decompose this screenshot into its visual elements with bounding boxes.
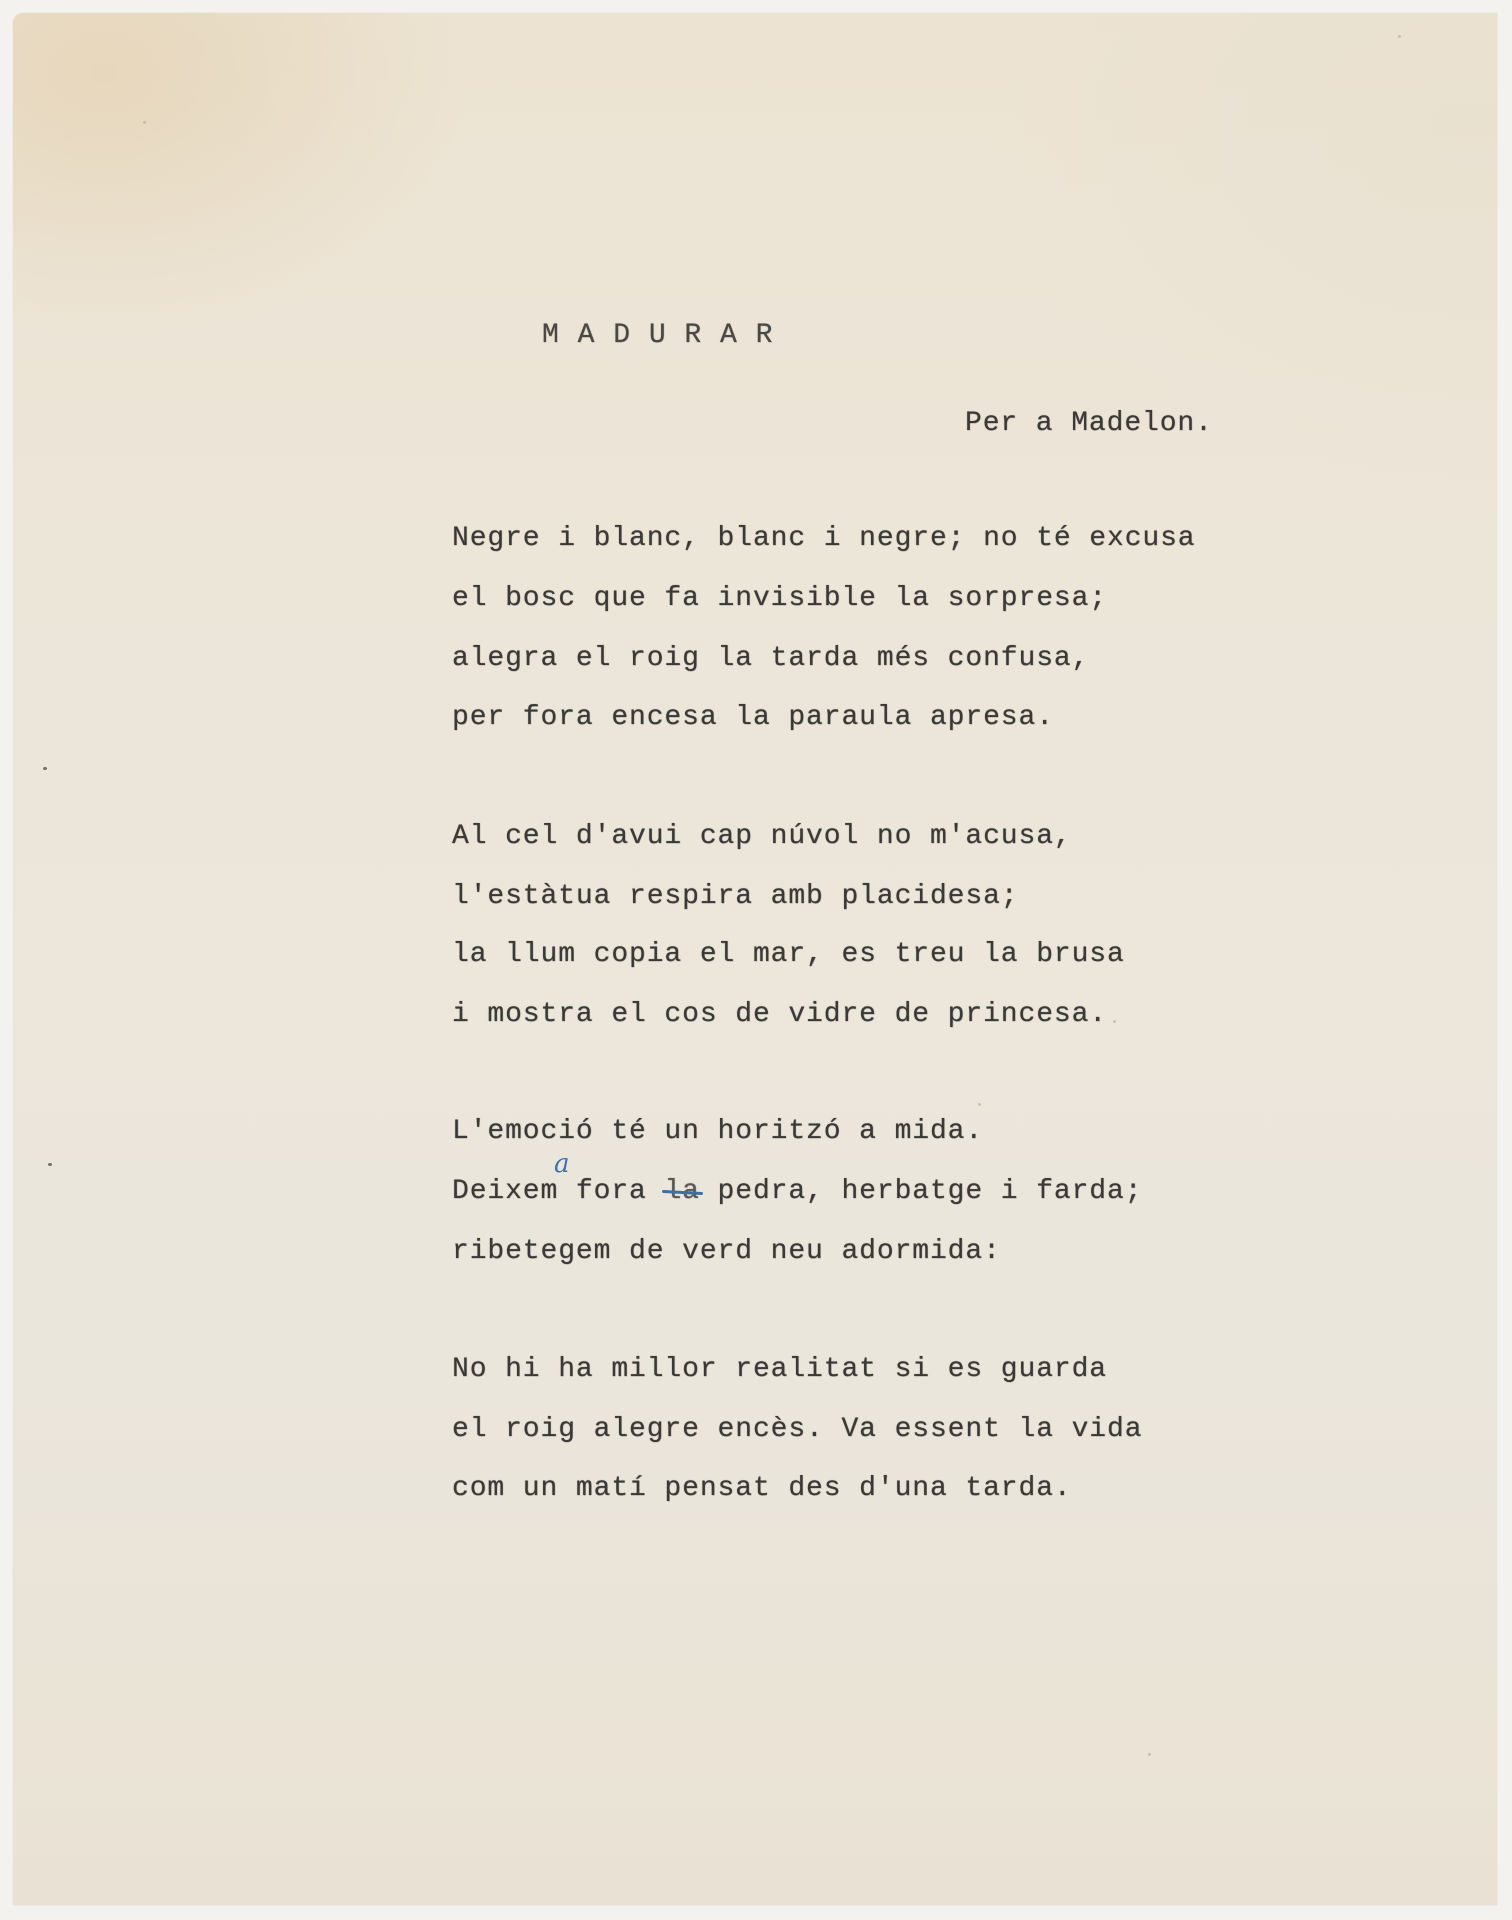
dedication: Per a Madelon.: [965, 410, 1213, 438]
paper-speck: [143, 121, 146, 124]
paper-speck: [978, 1103, 981, 1106]
handwritten-insertion: a: [554, 1151, 570, 1177]
poem-line: alegra el roig la tarda més confusa,: [452, 645, 1089, 673]
poem-line: l'estàtua respira amb placidesa;: [452, 883, 1019, 911]
paper-speck: [1113, 1020, 1116, 1023]
poem-line: Al cel d'avui cap núvol no m'acusa,: [452, 823, 1072, 851]
poem-line: No hi ha millor realitat si es guarda: [452, 1356, 1107, 1384]
poem-line: com un matí pensat des d'una tarda.: [452, 1475, 1072, 1503]
poem-line: per fora encesa la paraula apresa.: [452, 704, 1054, 732]
line-part-before: Deixem fora: [452, 1176, 664, 1207]
paper-speck: [43, 767, 47, 770]
poem-line: ribetegem de verd neu adormida:: [452, 1238, 1001, 1266]
poem-title: M A D U R A R: [542, 322, 773, 350]
paper-speck: [48, 1163, 52, 1166]
paper-speck: [1398, 35, 1401, 38]
poem-line: L'emoció té un horitzó a mida.: [452, 1118, 983, 1146]
poem-line: la llum copia el mar, es treu la brusa: [452, 941, 1125, 969]
poem-line: i mostra el cos de vidre de princesa.: [452, 1001, 1107, 1029]
poem-line: Negre i blanc, blanc i negre; no té excu…: [452, 525, 1196, 553]
poem-line: el bosc que fa invisible la sorpresa;: [452, 585, 1107, 613]
poem-line-corrected: Deixem fora la pedra, herbatge i farda;: [452, 1178, 1142, 1206]
typewritten-page: M A D U R A R Per a Madelon. Negre i bla…: [13, 13, 1497, 1905]
poem-line: el roig alegre encès. Va essent la vida: [452, 1416, 1142, 1444]
struck-word: la: [664, 1176, 699, 1207]
paper-speck: [1148, 1753, 1151, 1756]
line-part-after: pedra, herbatge i farda;: [700, 1176, 1143, 1207]
